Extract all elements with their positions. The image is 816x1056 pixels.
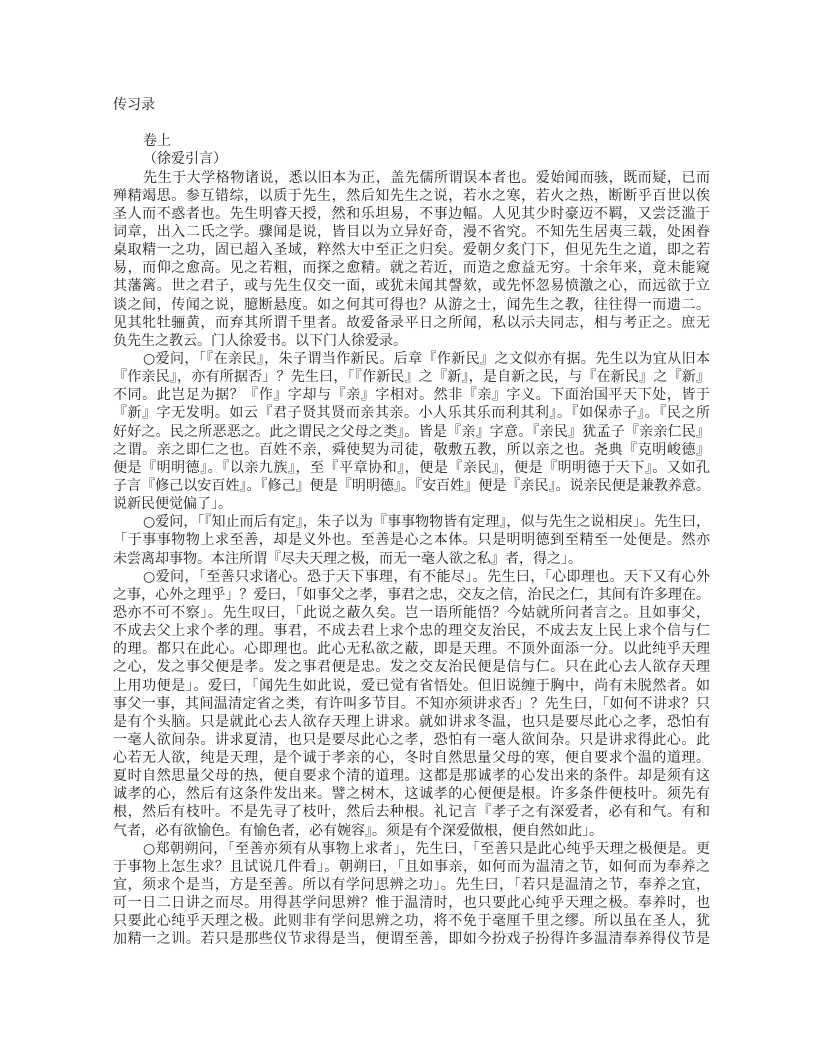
text-line: 只要此心纯乎天理之极。此则非有学问思辨之功，将不免于毫厘千里之缪。所以虽在圣人，… <box>113 912 710 930</box>
text-line: ○郑朝朔问，「至善亦须有从事物上求者」，先生曰，「至善只是此心纯乎天理之极便是。… <box>113 840 710 858</box>
text-line: 恐亦不可不察」。先生叹曰，「此说之蔽久矣。岂一语所能悟？今姑就所问者言之。且如事… <box>113 604 710 622</box>
text-line: 加精一之训。若只是那些仪节求得是当，便谓至善，即如今扮戏子扮得许多温清奉养得仪节… <box>113 930 710 948</box>
text-line: 未尝离却事物。本注所谓『尽夫天理之极，而无一毫人欲之私』者，得之」。 <box>113 550 710 568</box>
text-line: ○爱问，「至善只求诸心。恐于天下事理，有不能尽」。先生曰，「心即理也。天下又有心… <box>113 568 710 586</box>
paragraph: ○郑朝朔问，「至善亦须有从事物上求者」，先生曰，「至善只是此心纯乎天理之极便是。… <box>113 840 710 949</box>
text-line: 先生于大学格物诸说，悉以旧本为正，盖先儒所谓误本者也。爱始闻而骇，既而疑，已而 <box>113 169 710 187</box>
text-line: 宜，须求个是当，方是至善。所以有学问思辨之功」。先生曰，「若只是温清之节，奉养之… <box>113 876 710 894</box>
text-line: 根，然后有枝叶。不是先寻了枝叶，然后去种根。礼记言『孝子之有深爱者，必有和气。有… <box>113 803 710 821</box>
text-line: 便是『明明德』。『以亲九族』，至『平章协和』，便是『亲民』，便是『明明德于天下』… <box>113 459 710 477</box>
text-line: 不成去父上求个孝的理。事君，不成去君上求个忠的理交友治民，不成去友上民上求个信与… <box>113 622 710 640</box>
text-line: 负先生之教云。门人徐爱书。以下门人徐爱录。 <box>113 332 710 350</box>
text-line: 气者，必有欲愉色。有愉色者，必有婉容』。须是有个深爱做根，便自然如此」。 <box>113 822 710 840</box>
paragraph: ○爱问，「『知止而后有定』，朱子以为『事事物物皆有定理』，似与先生之说相戾」。先… <box>113 513 710 567</box>
volume-heading: 卷上 <box>113 132 710 150</box>
text-line: 说新民便觉偏了」。 <box>113 495 710 513</box>
text-line: 桌取精一之功，固已超入圣域，粹然大中至正之归矣。爱朝夕炙门下，但见先生之道，即之… <box>113 241 710 259</box>
text-line: 之谓。亲之即仁之也。百姓不亲，舜使契为司徒，敬敷五教，所以亲之也。尧典『克明峻德… <box>113 441 710 459</box>
text-line: 心若无人欲，纯是天理，是个诚于孝亲的心，冬时自然思量父母的寒，便自要求个温的道理… <box>113 749 710 767</box>
text-line: 是有个头脑。只是就此心去人欲存天理上讲求。就如讲求冬温，也只是要尽此心之孝，恐怕… <box>113 713 710 731</box>
text-line: 『新』字无发明。如云『君子贤其贤而亲其亲。小人乐其乐而利其利』。『如保赤子』。『… <box>113 404 710 422</box>
text-line: 「于事事物物上求至善，却是义外也。至善是心之本体。只是明明德到至精至一处便是。然… <box>113 531 710 549</box>
text-line: 的理。都只在此心。心即理也。此心无私欲之蔽，即是天理。不顶外面添一分。以此纯乎天… <box>113 640 710 658</box>
blank-line <box>113 114 710 132</box>
text-line: 夏时自然思量父母的热，便自要求个清的道理。这都是那诚孝的心发出来的条件。却是须有… <box>113 767 710 785</box>
text-line: 圣人而不惑者也。先生明睿天授，然和乐坦易，不事边幅。人见其少时豪迈不羁，又尝泛滥… <box>113 205 710 223</box>
text-line: ○爱问，「『知止而后有定』，朱子以为『事事物物皆有定理』，似与先生之说相戾」。先… <box>113 513 710 531</box>
text-line: 诚孝的心，然后有这条件发出来。譬之树木，这诚孝的心便便是根。许多条件便枝叶。须先… <box>113 785 710 803</box>
text-line: ○爱问，「『在亲民』，朱子谓当作新民。后章『作新民』之文似亦有据。先生以为宜从旧… <box>113 350 710 368</box>
paragraph: 先生于大学格物诸说，悉以旧本为正，盖先儒所谓误本者也。爱始闻而骇，既而疑，已而 … <box>113 169 710 350</box>
text-line: 之心，发之事父便是孝。发之事君便是忠。发之交友治民便是信与仁。只在此心去人欲存天… <box>113 658 710 676</box>
text-line: 殚精竭思。参互错综，以质于先生，然后知先生之说，若水之寒，若火之热，断断乎百世以… <box>113 187 710 205</box>
paragraph: ○爱问，「『在亲民』，朱子谓当作新民。后章『作新民』之文似亦有据。先生以为宜从旧… <box>113 350 710 513</box>
text-line: 谈之间，传闻之说，臆断悬度。如之何其可得也？从游之士，闻先生之教，往往得一而遗二… <box>113 296 710 314</box>
text-line: 之事，心外之理乎」？爱曰，「如事父之孝，事君之忠，交友之信，治民之仁，其间有许多… <box>113 586 710 604</box>
text-line: 好好之。民之所恶恶之。此之谓民之父母之类』。皆是『亲』字意。『亲民』犹孟子『亲亲… <box>113 423 710 441</box>
text-line: 事父一事，其间温清定省之类，有许叫多节目。不知亦须讲求否」？先生曰，「如何不讲求… <box>113 695 710 713</box>
document-page: 传习录 卷上 （徐爱引言） 先生于大学格物诸说，悉以旧本为正，盖先儒所谓误本者也… <box>0 0 816 1056</box>
text-line: 不同。此岂足为据？『作』字却与『亲』字相对。然非『亲』字义。下面治国平天下处，皆… <box>113 386 710 404</box>
document-title: 传习录 <box>113 96 710 114</box>
text-line: 于事物上怎生求？且试说几件看」。朝朔曰，「且如事亲，如何而为温清之节，如何而为奉… <box>113 858 710 876</box>
text-line: 『作亲民』，亦有所据否」？先生曰，「『作新民』之『新』，是自新之民，与『在新民』… <box>113 368 710 386</box>
text-line: 一毫人欲间杂。讲求夏清，也只是要尽此心之孝，恐怕有一毫人欲间杂。只是讲求得此心。… <box>113 731 710 749</box>
section-heading: （徐爱引言） <box>113 150 710 168</box>
text-line: 词章，出入二氏之学。骤闻是说，皆目以为立异好奇，漫不省究。不知先生居夷三载，处困… <box>113 223 710 241</box>
text-line: 上用功便是」。爱曰，「闻先生如此说，爱已觉有省悟处。但旧说缠于胸中，尚有未脱然者… <box>113 677 710 695</box>
text-line: 其藩篱。世之君子，或与先生仅交一面，或犹未闻其謦欬，或先怀忽易愤激之心，而远欲于… <box>113 277 710 295</box>
text-line: 见其牝牡骊黄，而弃其所谓千里者。故爱备录平日之所闻，私以示夫同志，相与考正之。庶… <box>113 314 710 332</box>
text-line: 子言『修己以安百姓』。『修己』便是『明明德』。『安百姓』便是『亲民』。说亲民便是… <box>113 477 710 495</box>
text-line: 可一日二日讲之而尽。用得甚学问思辨？惟于温清时，也只要此心纯乎天理之极。奉养时，… <box>113 894 710 912</box>
text-line: 易，而仰之愈高。见之若粗，而探之愈精。就之若近，而造之愈益无穷。十余年来，竟未能… <box>113 259 710 277</box>
document-body: 传习录 卷上 （徐爱引言） 先生于大学格物诸说，悉以旧本为正，盖先儒所谓误本者也… <box>113 96 710 949</box>
paragraph: ○爱问，「至善只求诸心。恐于天下事理，有不能尽」。先生曰，「心即理也。天下又有心… <box>113 568 710 840</box>
